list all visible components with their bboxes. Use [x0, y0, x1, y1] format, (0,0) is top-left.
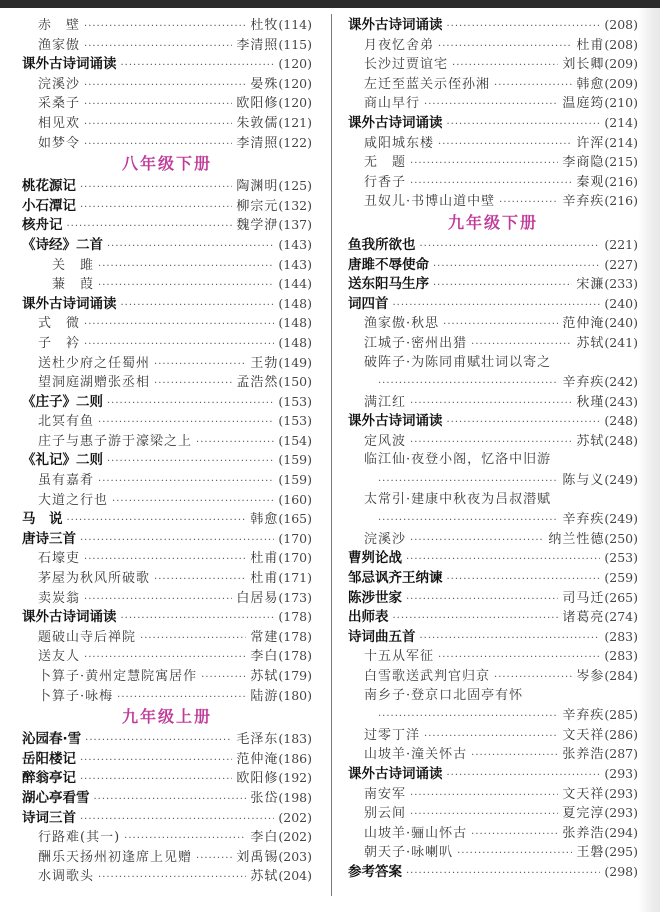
entry-author: 纳兰性德 [548, 530, 604, 550]
dot-leader [84, 590, 232, 610]
toc-entry-poem[interactable]: 浣溪沙晏殊(120) [22, 74, 312, 94]
dot-leader [393, 296, 601, 316]
entry-page-number: (227) [604, 255, 638, 275]
dot-leader [420, 237, 601, 257]
toc-entry-poem[interactable]: 咸阳城东楼许浑(214) [348, 133, 638, 153]
entry-page-number: (159) [278, 450, 312, 470]
toc-entry-poem[interactable]: 别云间夏完淳(293) [348, 803, 638, 823]
entry-page-number: (125) [278, 176, 312, 196]
entry-author: 朱敦儒 [236, 114, 278, 134]
toc-entry-poem[interactable]: 南乡子·登京口北固亭有怀 [348, 686, 638, 706]
entry-page-number: (284) [604, 666, 638, 686]
entry-page-number: (286) [604, 725, 638, 745]
dot-leader [410, 805, 558, 825]
entry-author: 毛泽东 [236, 730, 278, 750]
toc-entry-poem[interactable]: 行路难(其一)李白(202) [22, 827, 312, 847]
entry-page-number: (173) [278, 588, 312, 608]
dot-leader [424, 95, 558, 115]
dot-leader [121, 296, 275, 316]
entry-author: 柳宗元 [236, 197, 278, 217]
dot-leader [124, 829, 246, 849]
entry-author: 李白 [250, 647, 278, 667]
entry-page-number: (148) [278, 333, 312, 353]
toc-entry-poem[interactable]: 北冥有鱼(153) [22, 411, 312, 431]
section-heading-text: 九年级下册 [448, 211, 538, 235]
toc-entry-poem[interactable]: 山坡羊·潼关怀古张养浩(287) [348, 744, 638, 764]
entry-title: 别云间 [364, 804, 406, 824]
entry-page-number: (149) [278, 353, 312, 373]
toc-entry-poem[interactable]: 式 微(148) [22, 313, 312, 333]
entry-author: 宋濂 [576, 275, 604, 295]
toc-entry-poem[interactable]: 渔家傲·秋思范仲淹(240) [348, 313, 638, 333]
entry-title: 大道之行也 [38, 491, 108, 511]
entry-author: 辛弃疾 [562, 373, 604, 393]
entry-author: 白居易 [236, 589, 278, 609]
toc-entry-poem[interactable]: 蒹 葭(144) [22, 274, 312, 294]
entry-page-number: (183) [278, 729, 312, 749]
toc-entry-poem[interactable]: 左迁至蓝关示侄孙湘韩愈(209) [348, 74, 638, 94]
toc-entry-poem[interactable]: 白雪歌送武判官归京岑参(284) [348, 666, 638, 686]
entry-title: 行路难(其一) [38, 828, 120, 848]
toc-entry-lesson[interactable]: 湖心亭看雪张岱(198) [22, 788, 312, 808]
toc-entry-poem[interactable]: 送杜少府之任蜀州王勃(149) [22, 353, 312, 373]
toc-entry-poem[interactable]: 商山早行温庭筠(210) [348, 93, 638, 113]
toc-entry-lesson[interactable]: 小石潭记柳宗元(132) [22, 196, 312, 216]
dot-leader [378, 707, 558, 727]
entry-title: 出师表 [348, 608, 389, 628]
dot-leader [201, 668, 246, 688]
entry-title: 浣溪沙 [38, 75, 80, 95]
toc-entry-lesson[interactable]: 核舟记魏学洢(137) [22, 215, 312, 235]
toc-entry-poem[interactable]: 破阵子·为陈同甫赋壮词以寄之 [348, 353, 638, 373]
entry-author: 岑参 [576, 667, 604, 687]
dot-leader [80, 198, 232, 218]
entry-author: 欧阳修 [236, 94, 278, 114]
toc-entry-lesson[interactable]: 课外古诗词诵读(248) [348, 411, 638, 431]
entry-title: 茅屋为秋风所破歌 [38, 569, 150, 589]
entry-title: 采桑子 [38, 94, 80, 114]
toc-entry-poem[interactable]: 卖炭翁白居易(173) [22, 588, 312, 608]
entry-page-number: (137) [278, 215, 312, 235]
toc-entry-lesson[interactable]: 鱼我所欲也(221) [348, 235, 638, 255]
toc-entry-poem[interactable]: 满江红秋瑾(243) [348, 392, 638, 412]
toc-entry-poem[interactable]: 采桑子欧阳修(120) [22, 93, 312, 113]
entry-page-number: (148) [278, 294, 312, 314]
entry-page-number: (150) [278, 372, 312, 392]
entry-page-number: (192) [278, 768, 312, 788]
entry-page-number: (283) [604, 627, 638, 647]
dot-leader [424, 727, 558, 747]
entry-page-number: (202) [278, 827, 312, 847]
entry-title: 如梦令 [38, 134, 80, 154]
toc-entry-poem[interactable]: 子 衿(148) [22, 333, 312, 353]
dot-leader [80, 810, 274, 830]
entry-title: 小石潭记 [22, 197, 76, 217]
entry-author: 刘长卿 [562, 55, 604, 75]
toc-entry-lesson[interactable]: 岳阳楼记范仲淹(186) [22, 749, 312, 769]
dot-leader [80, 178, 232, 198]
entry-title: 卖炭翁 [38, 589, 80, 609]
dot-leader [84, 95, 232, 115]
toc-entry-lesson[interactable]: 课外古诗词诵读(208) [348, 15, 638, 35]
entry-author: 杜牧 [250, 16, 278, 36]
toc-entry-lesson[interactable]: 桃花源记陶渊明(125) [22, 176, 312, 196]
toc-entry-poem[interactable]: 赤 壁杜牧(114) [22, 15, 312, 35]
entry-author: 陈与义 [562, 471, 604, 491]
dot-leader [406, 590, 558, 610]
toc-entry-poem[interactable]: 茅屋为秋风所破歌杜甫(171) [22, 568, 312, 588]
dot-leader [447, 570, 601, 590]
entry-title: 沁园春·雪 [22, 730, 81, 750]
toc-entry-poem[interactable]: 陈与义(249) [348, 470, 638, 490]
entry-page-number: (215) [604, 152, 638, 172]
dot-leader [457, 844, 572, 864]
entry-title: 式 微 [38, 314, 80, 334]
toc-entry-poem[interactable]: 太常引·建康中秋夜为吕叔潜赋 [348, 490, 638, 510]
toc-entry-lesson[interactable]: 课外古诗词诵读(178) [22, 607, 312, 627]
entry-title: 咸阳城东楼 [364, 134, 434, 154]
entry-page-number: (250) [604, 529, 638, 549]
entry-title: 陈涉世家 [348, 589, 402, 609]
entry-page-number: (216) [604, 191, 638, 211]
toc-entry-lesson[interactable]: 课外古诗词诵读(120) [22, 54, 312, 74]
toc-entry-poem[interactable]: 渔家傲李清照(115) [22, 35, 312, 55]
toc-entry-poem[interactable]: 山坡羊·骊山怀古张养浩(294) [348, 823, 638, 843]
entry-author: 韩愈 [576, 75, 604, 95]
entry-title: 南安军 [364, 785, 406, 805]
entry-title: 无 题 [364, 153, 406, 173]
toc-entry-poem[interactable]: 长沙过贾谊宅刘长卿(209) [348, 54, 638, 74]
entry-page-number: (178) [278, 646, 312, 666]
entry-page-number: (274) [604, 607, 638, 627]
top-bar [0, 0, 660, 8]
entry-page-number: (214) [604, 113, 638, 133]
dot-leader [420, 629, 601, 649]
entry-page-number: (153) [278, 411, 312, 431]
entry-page-number: (148) [278, 313, 312, 333]
entry-page-number: (253) [604, 548, 638, 568]
dot-leader [121, 56, 275, 76]
toc-entry-poem[interactable]: 望洞庭湖赠张丞相孟浩然(150) [22, 372, 312, 392]
entry-page-number: (242) [604, 372, 638, 392]
entry-title: 参考答案 [348, 863, 402, 883]
toc-entry-poem[interactable]: 定风波苏轼(248) [348, 431, 638, 451]
toc-right-column: 课外古诗词诵读(208)月夜忆舍弟杜甫(208)长沙过贾谊宅刘长卿(209)左迁… [348, 15, 638, 882]
entry-author: 苏轼 [576, 432, 604, 452]
entry-author: 陶渊明 [236, 177, 278, 197]
dot-leader [406, 550, 600, 570]
toc-entry-poem[interactable]: 石壕吏杜甫(170) [22, 548, 312, 568]
entry-page-number: (114) [278, 15, 312, 35]
toc-entry-poem[interactable]: 卜算子·黄州定慧院寓居作苏轼(179) [22, 666, 312, 686]
page-edge-shadow [638, 8, 660, 912]
entry-author: 李商隐 [562, 153, 604, 173]
entry-page-number: (153) [278, 392, 312, 412]
toc-entry-poem[interactable]: 辛弃疾(285) [348, 705, 638, 725]
toc-entry-poem[interactable]: 水调歌头苏轼(204) [22, 866, 312, 886]
dot-leader [410, 394, 572, 414]
entry-page-number: (249) [604, 470, 638, 490]
entry-title: 送东阳马生序 [348, 275, 429, 295]
entry-author: 杜甫 [576, 36, 604, 56]
entry-title: 渔家傲·秋思 [364, 314, 439, 334]
toc-entry-lesson[interactable]: 醉翁亭记欧阳修(192) [22, 768, 312, 788]
toc-entry-poem[interactable]: 酬乐天扬州初逢席上见赠刘禹锡(203) [22, 847, 312, 867]
entry-title: 课外古诗词诵读 [348, 16, 443, 36]
entry-author: 司马迁 [562, 589, 604, 609]
entry-title: 虽有嘉肴 [38, 471, 94, 491]
dot-leader [494, 76, 572, 96]
toc-entry-poem[interactable]: 丑奴儿·书博山道中壁辛弃疾(216) [348, 191, 638, 211]
entry-title: 破阵子·为陈同甫赋壮词以寄之 [364, 353, 551, 373]
toc-entry-poem[interactable]: 虽有嘉肴(159) [22, 470, 312, 490]
toc-entry-poem[interactable]: 题破山寺后禅院常建(178) [22, 627, 312, 647]
dot-leader [84, 115, 232, 135]
toc-entry-lesson[interactable]: 《诗经》二首(143) [22, 235, 312, 255]
dot-leader [378, 374, 558, 394]
section-heading-text: 九年级上册 [122, 705, 212, 729]
entry-page-number: (214) [604, 133, 638, 153]
entry-title: 庄子与惠子游于濠梁之上 [38, 432, 192, 452]
entry-title: 丑奴儿·书博山道中壁 [364, 192, 495, 212]
toc-entry-poem[interactable]: 临江仙·夜登小阁，忆洛中旧游 [348, 450, 638, 470]
toc-entry-lesson[interactable]: 参考答案(298) [348, 862, 638, 882]
dot-leader [433, 257, 600, 277]
entry-author: 欧阳修 [236, 769, 278, 789]
entry-page-number: (143) [278, 255, 312, 275]
entry-title: 送杜少府之任蜀州 [38, 354, 150, 374]
entry-title: 核舟记 [22, 216, 63, 236]
entry-author: 张养浩 [562, 745, 604, 765]
toc-entry-poem[interactable]: 辛弃疾(249) [348, 509, 638, 529]
toc-entry-lesson[interactable]: 出师表诸葛亮(274) [348, 607, 638, 627]
entry-page-number: (120) [278, 93, 312, 113]
toc-entry-poem[interactable]: 卜算子·咏梅陆游(180) [22, 686, 312, 706]
entry-title: 曹刿论战 [348, 549, 402, 569]
entry-page-number: (209) [604, 74, 638, 94]
entry-title: 课外古诗词诵读 [348, 765, 443, 785]
toc-entry-lesson[interactable]: 课外古诗词诵读(148) [22, 294, 312, 314]
dot-leader [85, 731, 232, 751]
dot-leader [447, 115, 601, 135]
entry-title: 课外古诗词诵读 [348, 114, 443, 134]
toc-entry-lesson[interactable]: 送东阳马生序宋濂(233) [348, 274, 638, 294]
entry-title: 马 说 [22, 510, 63, 530]
entry-author: 魏学洢 [236, 216, 278, 236]
dot-leader [84, 17, 246, 37]
entry-author: 辛弃疾 [562, 192, 604, 212]
toc-entry-poem[interactable]: 相见欢朱敦儒(121) [22, 113, 312, 133]
toc-entry-lesson[interactable]: 沁园春·雪毛泽东(183) [22, 729, 312, 749]
toc-entry-poem[interactable]: 辛弃疾(242) [348, 372, 638, 392]
entry-title: 水调歌头 [38, 867, 94, 887]
toc-entry-poem[interactable]: 十五从军征(283) [348, 646, 638, 666]
entry-page-number: (165) [278, 509, 312, 529]
dot-leader [410, 154, 558, 174]
entry-page-number: (240) [604, 313, 638, 333]
toc-entry-lesson[interactable]: 唐诗三首(170) [22, 529, 312, 549]
entry-author: 秦观 [576, 173, 604, 193]
entry-title: 蒹 葭 [38, 275, 94, 295]
dot-leader [154, 374, 232, 394]
toc-entry-poem[interactable]: 关 雎(143) [22, 255, 312, 275]
dot-leader [67, 511, 247, 531]
entry-title: 子 衿 [38, 334, 80, 354]
toc-entry-lesson[interactable]: 诗词曲五首(283) [348, 627, 638, 647]
entry-author: 李白 [250, 828, 278, 848]
entry-title: 鱼我所欲也 [348, 236, 416, 256]
entry-author: 诸葛亮 [562, 608, 604, 628]
entry-title: 过零丁洋 [364, 726, 420, 746]
dot-leader [84, 648, 246, 668]
dot-leader [447, 17, 601, 37]
entry-page-number: (171) [278, 568, 312, 588]
entry-page-number: (293) [604, 764, 638, 784]
entry-title: 桃花源记 [22, 177, 76, 197]
toc-entry-lesson[interactable]: 邹忌讽齐王纳谏(259) [348, 568, 638, 588]
dot-leader [438, 648, 600, 668]
entry-title: 太常引·建康中秋夜为吕叔潜赋 [364, 490, 551, 510]
entry-author: 苏轼 [250, 667, 278, 687]
dot-leader [438, 37, 572, 57]
toc-entry-lesson[interactable]: 马 说韩愈(165) [22, 509, 312, 529]
dot-leader [410, 531, 544, 551]
toc-entry-lesson[interactable]: 词四首(240) [348, 294, 638, 314]
entry-page-number: (298) [604, 862, 638, 882]
entry-author: 许浑 [576, 134, 604, 154]
dot-leader [94, 790, 247, 810]
entry-title: 江城子·密州出猎 [364, 334, 467, 354]
dot-leader [196, 849, 232, 869]
entry-author: 文天祥 [562, 726, 604, 746]
entry-page-number: (178) [278, 627, 312, 647]
entry-title: 赤 壁 [38, 16, 80, 36]
entry-title: 卜算子·黄州定慧院寓居作 [38, 667, 197, 687]
toc-entry-poem[interactable]: 庄子与惠子游于濠梁之上(154) [22, 431, 312, 451]
entry-page-number: (287) [604, 744, 638, 764]
entry-title: 行香子 [364, 173, 406, 193]
entry-title: 课外古诗词诵读 [22, 608, 117, 628]
entry-title: 课外古诗词诵读 [348, 412, 443, 432]
toc-entry-poem[interactable]: 大道之行也(160) [22, 490, 312, 510]
dot-leader [98, 257, 274, 277]
toc-entry-lesson[interactable]: 诗词三首(202) [22, 808, 312, 828]
entry-author: 晏殊 [250, 75, 278, 95]
dot-leader [393, 609, 559, 629]
entry-page-number: (294) [604, 823, 638, 843]
entry-author: 王勃 [250, 354, 278, 374]
entry-page-number: (198) [278, 788, 312, 808]
toc-entry-lesson[interactable]: 课外古诗词诵读(293) [348, 764, 638, 784]
dot-leader [98, 276, 274, 296]
column-divider [331, 14, 332, 896]
entry-title: 南乡子·登京口北固亭有怀 [364, 686, 523, 706]
entry-page-number: (120) [278, 74, 312, 94]
dot-leader [471, 825, 558, 845]
entry-page-number: (248) [604, 411, 638, 431]
dot-leader [98, 413, 274, 433]
toc-entry-poem[interactable]: 朝天子·咏喇叭王磐(295) [348, 842, 638, 862]
entry-title: 月夜忆舍弟 [364, 36, 434, 56]
entry-page-number: (283) [604, 646, 638, 666]
entry-page-number: (240) [604, 294, 638, 314]
toc-entry-poem[interactable]: 行香子秦观(216) [348, 172, 638, 192]
dot-leader [80, 770, 232, 790]
toc-entry-poem[interactable]: 浣溪沙纳兰性德(250) [348, 529, 638, 549]
dot-leader [433, 276, 572, 296]
toc-entry-poem[interactable]: 送友人李白(178) [22, 646, 312, 666]
toc-entry-poem[interactable]: 无 题李商隐(215) [348, 152, 638, 172]
entry-author: 韩愈 [250, 510, 278, 530]
dot-leader [84, 76, 246, 96]
dot-leader [452, 56, 558, 76]
dot-leader [121, 609, 275, 629]
entry-title: 朝天子·咏喇叭 [364, 843, 453, 863]
entry-author: 陆游 [250, 687, 278, 707]
entry-title: 渔家傲 [38, 36, 80, 56]
entry-author: 辛弃疾 [562, 706, 604, 726]
entry-title: 满江红 [364, 393, 406, 413]
entry-title: 长沙过贾谊宅 [364, 55, 448, 75]
entry-page-number: (132) [278, 196, 312, 216]
entry-page-number: (221) [604, 235, 638, 255]
toc-entry-poem[interactable]: 江城子·密州出猎苏轼(241) [348, 333, 638, 353]
entry-page-number: (216) [604, 172, 638, 192]
toc-entry-lesson[interactable]: 《庄子》二则(153) [22, 392, 312, 412]
entry-author: 张养浩 [562, 824, 604, 844]
dot-leader [98, 868, 246, 888]
toc-entry-lesson[interactable]: 唐雎不辱使命(227) [348, 255, 638, 275]
grade-section-heading: 八年级下册 [22, 152, 312, 176]
entry-title: 酬乐天扬州初逢席上见赠 [38, 848, 192, 868]
toc-entry-lesson[interactable]: 曹刿论战(253) [348, 548, 638, 568]
entry-page-number: (285) [604, 705, 638, 725]
toc-entry-lesson[interactable]: 课外古诗词诵读(214) [348, 113, 638, 133]
entry-author: 王磐 [576, 843, 604, 863]
toc-entry-poem[interactable]: 如梦令李清照(122) [22, 133, 312, 153]
entry-title: 关 雎 [38, 256, 94, 276]
entry-title: 《诗经》二首 [22, 236, 103, 256]
entry-page-number: (143) [278, 235, 312, 255]
grade-section-heading: 九年级上册 [22, 705, 312, 729]
dot-leader [196, 433, 274, 453]
toc-entry-poem[interactable]: 月夜忆舍弟杜甫(208) [348, 35, 638, 55]
toc-entry-poem[interactable]: 南安军文天祥(293) [348, 784, 638, 804]
toc-entry-lesson[interactable]: 《礼记》二则(159) [22, 450, 312, 470]
dot-leader [98, 472, 274, 492]
dot-leader [443, 315, 558, 335]
entry-title: 送友人 [38, 647, 80, 667]
section-heading-text: 八年级下册 [122, 152, 212, 176]
dot-leader [84, 37, 232, 57]
toc-entry-poem[interactable]: 过零丁洋文天祥(286) [348, 725, 638, 745]
entry-page-number: (249) [604, 509, 638, 529]
toc-entry-lesson[interactable]: 陈涉世家司马迁(265) [348, 588, 638, 608]
dot-leader [107, 394, 274, 414]
dot-leader [154, 355, 246, 375]
entry-page-number: (243) [604, 392, 638, 412]
entry-title: 岳阳楼记 [22, 750, 76, 770]
entry-page-number: (208) [604, 35, 638, 55]
entry-page-number: (159) [278, 470, 312, 490]
entry-page-number: (295) [604, 842, 638, 862]
entry-page-number: (259) [604, 568, 638, 588]
entry-page-number: (170) [278, 548, 312, 568]
entry-title: 唐雎不辱使命 [348, 256, 429, 276]
entry-title: 相见欢 [38, 114, 80, 134]
entry-title: 题破山寺后禅院 [38, 628, 136, 648]
entry-title: 课外古诗词诵读 [22, 295, 117, 315]
